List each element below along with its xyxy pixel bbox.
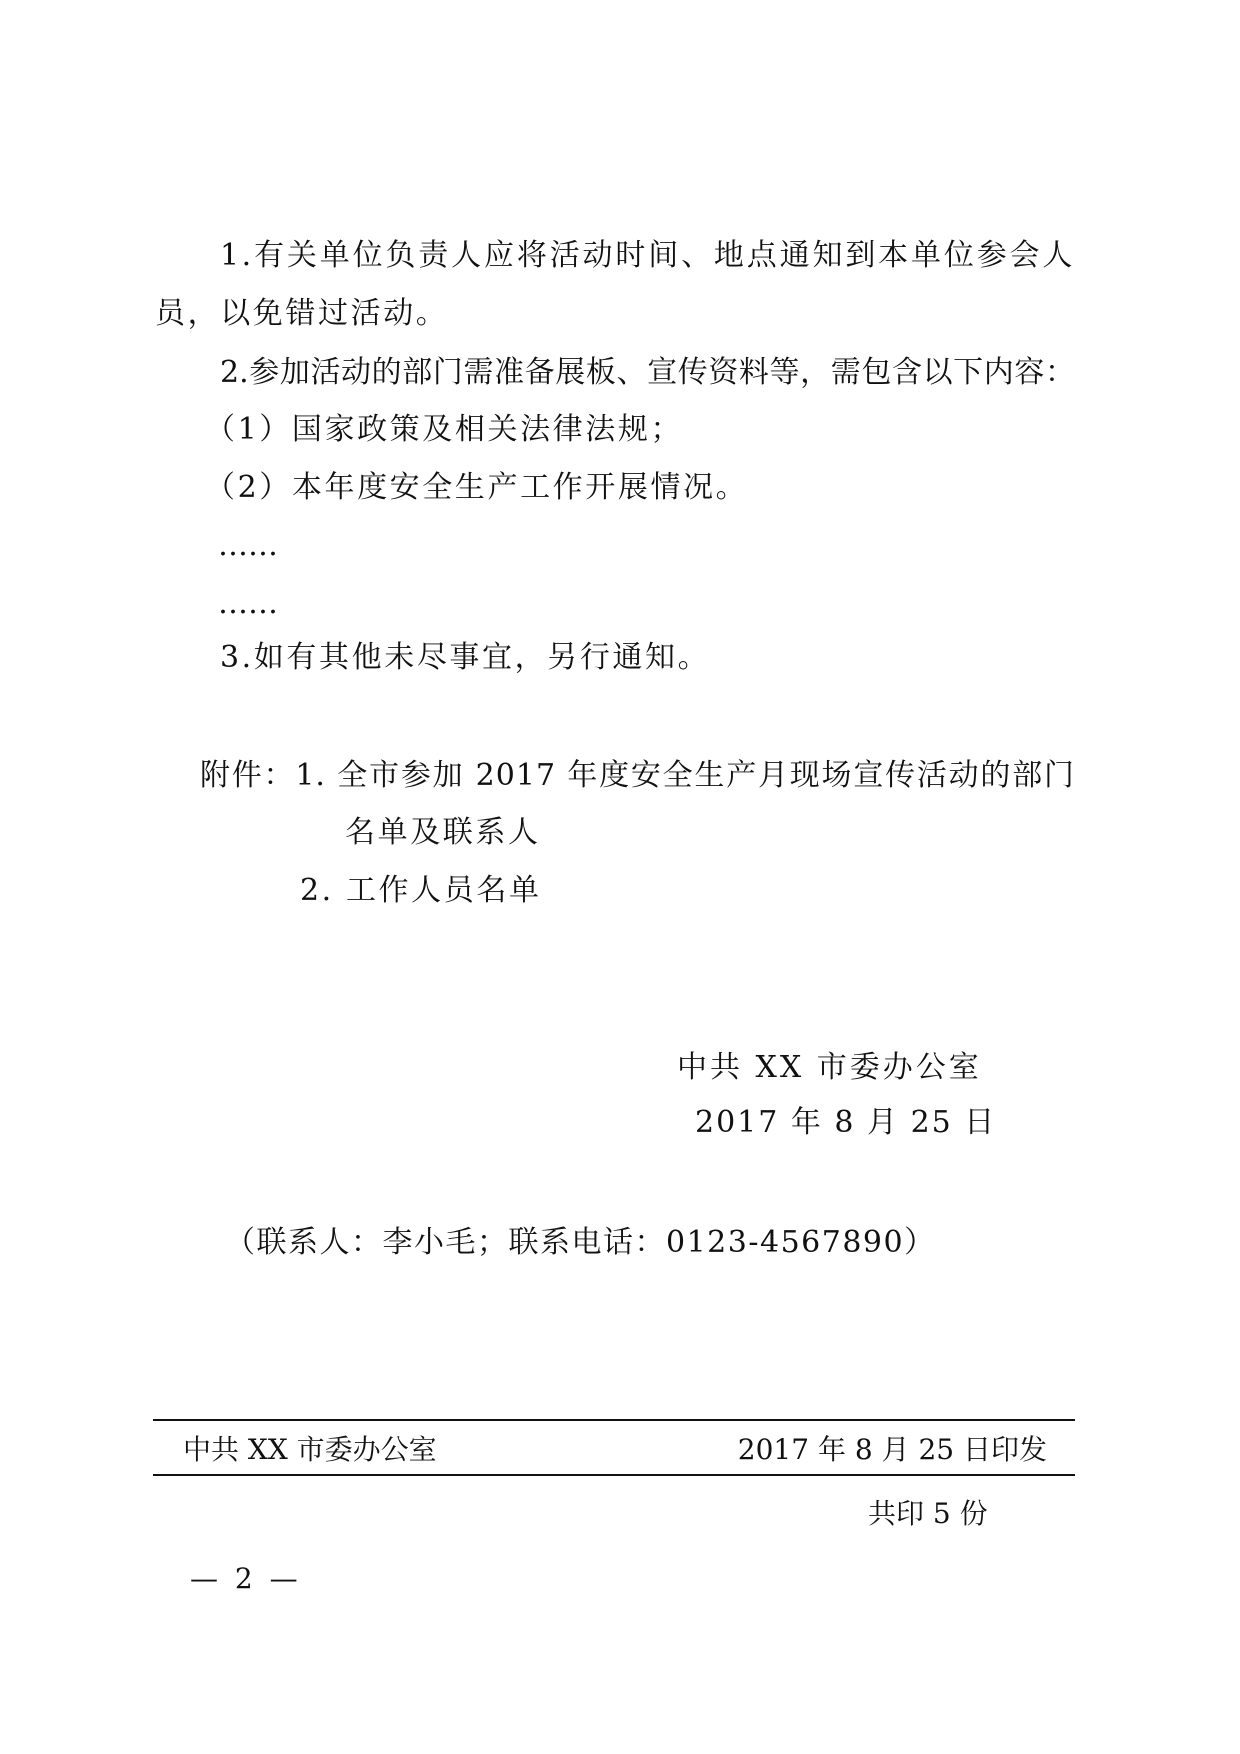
body-item-1-line-1: 1.有关单位负责人应将活动时间、地点通知到本单位参会人 — [220, 238, 1075, 274]
page-number: — 2 — — [190, 1561, 302, 1597]
body-ellipsis-2: …… — [218, 586, 278, 622]
body-item-2-sub-1: （1）国家政策及相关法律法规； — [205, 412, 683, 448]
imprint-copies: 共印 5 份 — [868, 1496, 988, 1532]
attachment-1-line-2: 名单及联系人 — [345, 815, 541, 851]
imprint-issuer: 中共 XX 市委办公室 — [183, 1430, 437, 1470]
signature-issuer: 中共 XX 市委办公室 — [677, 1050, 982, 1086]
body-item-2-sub-2: （2）本年度安全生产工作开展情况。 — [205, 470, 748, 506]
attachment-2: 2. 工作人员名单 — [300, 873, 542, 909]
document-page: 1.有关单位负责人应将活动时间、地点通知到本单位参会人 员，以免错过活动。 2.… — [0, 0, 1240, 1754]
signature-date: 2017 年 8 月 25 日 — [695, 1105, 996, 1141]
attachment-1-line-1: 附件：1. 全市参加 2017 年度安全生产月现场宣传活动的部门 — [200, 758, 1075, 794]
contact-info: （联系人：李小毛；联系电话：0123-4567890） — [225, 1225, 936, 1261]
imprint-bar: 中共 XX 市委办公室 2017 年 8 月 25 日印发 — [153, 1430, 1075, 1470]
imprint-print-date: 2017 年 8 月 25 日印发 — [738, 1430, 1047, 1470]
body-item-1-line-2: 员，以免错过活动。 — [155, 296, 1075, 332]
body-ellipsis-1: …… — [218, 528, 278, 564]
body-item-3: 3.如有其他未尽事宜，另行通知。 — [220, 640, 710, 676]
imprint-bottom-rule — [153, 1474, 1075, 1476]
imprint-top-rule — [153, 1419, 1075, 1421]
body-item-2: 2.参加活动的部门需准备展板、宣传资料等，需包含以下内容： — [220, 355, 1075, 391]
